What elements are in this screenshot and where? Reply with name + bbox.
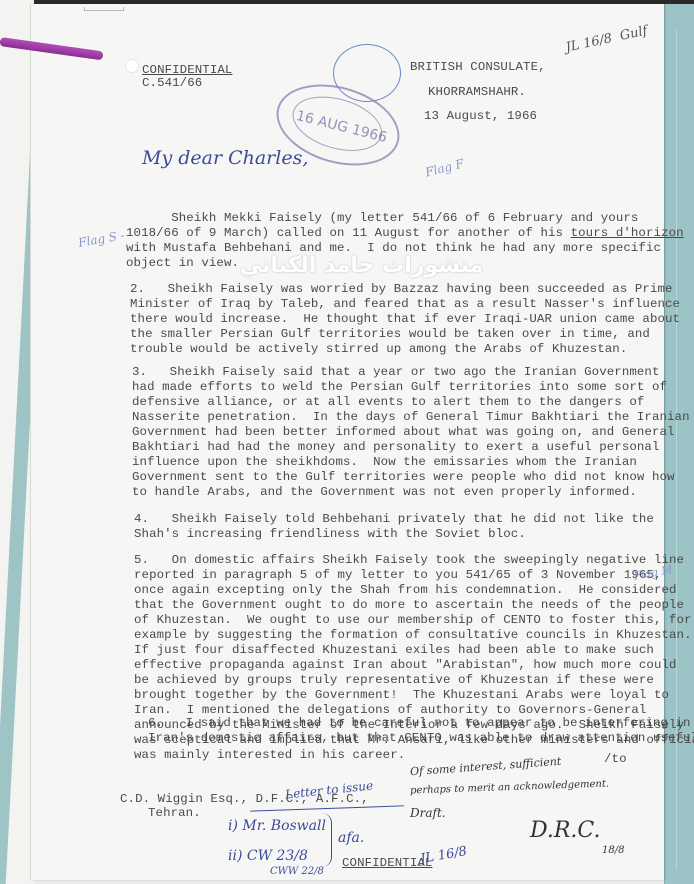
paragraph-2-line-2: Minister of Iraq by Taleb, and feared th… xyxy=(130,297,680,312)
paragraph-5-line-2: reported in paragraph 5 of my letter to … xyxy=(134,568,662,583)
paragraph-5-line-6: example by suggesting the formation of c… xyxy=(134,628,692,643)
paragraph-3-line-6: Bakhtiari had had the money and personal… xyxy=(132,440,660,455)
paragraph-3-line-5: Government had been better informed abou… xyxy=(132,425,675,440)
paragraph-3-line-9: to handle Arabs, and the Government was … xyxy=(132,485,637,500)
paragraph-4-line-2: Shah's increasing friendliness with the … xyxy=(134,527,526,542)
salutation: My dear Charles, xyxy=(142,147,308,169)
bracket-mark xyxy=(321,813,332,867)
paragraph-5-line-7: If just four disaffected Khuzestani exil… xyxy=(134,643,654,658)
paragraph-2-line-3: there would increase. He thought that if… xyxy=(130,312,680,327)
paragraph-6-line-2: Iran's domestic affairs, but that CENTO … xyxy=(148,731,694,746)
paragraph-3-line-7: influence upon the sheikhdoms. Now the e… xyxy=(132,455,637,470)
page-edge xyxy=(30,4,31,880)
letter-date: 13 August, 1966 xyxy=(424,109,537,124)
paragraph-1-line-4: object in view. xyxy=(126,256,239,271)
paragraph-5-line-9: be achieved by groups truly representati… xyxy=(134,673,654,688)
paragraph-1-line-2: 1018/66 of 9 March) called on 11 August … xyxy=(126,226,684,241)
paragraph-5-line-5: of Khuzestan. We ought to use our member… xyxy=(134,613,692,628)
paragraph-5-line-10: brought together by the Government! The … xyxy=(134,688,669,703)
continuation-marker: /to xyxy=(604,752,627,767)
action-initials: CWW 22/8 xyxy=(270,866,324,877)
paragraph-3-line-3: defensive alliance, or at all events to … xyxy=(132,395,644,410)
sender-consulate: BRITISH CONSULATE, xyxy=(410,60,546,75)
action-suffix: afa. xyxy=(338,830,364,846)
folder-cover xyxy=(664,4,694,884)
minute-date: 18/8 xyxy=(602,845,624,856)
paragraph-5-line-14: was mainly interested in his career. xyxy=(134,748,405,763)
minute-draft: Draft. xyxy=(410,806,446,820)
paragraph-2-line-5: trouble would be actively stirred up amo… xyxy=(130,342,627,357)
classification-bottom: CONFIDENTIAL xyxy=(342,856,432,871)
action-item-2: ii) CW 23/8 xyxy=(228,848,308,864)
paragraph-5-line-1: 5. On domestic affairs Sheikh Faisely to… xyxy=(134,553,684,568)
minute-signature: D.R.C. xyxy=(530,818,600,843)
watermark: منشورات حامد الكناني xyxy=(240,253,483,278)
reference-number: C.541/66 xyxy=(142,76,202,91)
addressee-city: Tehran. xyxy=(148,806,201,821)
paragraph-2-line-1: 2. Sheikh Faisely was worried by Bazzaz … xyxy=(130,282,673,297)
top-right-initials: JL 16/8 Gulf xyxy=(564,24,648,56)
document-page: CONFIDENTIAL C.541/66 16 AUG 1966 BRITIS… xyxy=(30,4,664,880)
paragraph-3-line-2: had made efforts to weld the Persian Gul… xyxy=(132,380,667,395)
paragraph-3-line-1: 3. Sheikh Faisely said that a year or tw… xyxy=(132,365,660,380)
paragraph-3-line-8: Government sent to the Gulf territories … xyxy=(132,470,675,485)
paragraph-5-line-3: once again excepting only the Shah from … xyxy=(134,583,677,598)
paragraph-5-line-4: that the Government ought to do more to … xyxy=(134,598,684,613)
action-item-1: i) Mr. Boswall xyxy=(228,818,326,834)
margin-flag-f: Flag F xyxy=(424,156,465,179)
punch-hole xyxy=(125,59,139,73)
paragraph-1-line-1: Sheikh Mekki Faisely (my letter 541/66 o… xyxy=(126,211,638,226)
staple xyxy=(84,7,124,11)
margin-flag-s: Flag S - xyxy=(77,228,126,250)
paragraph-4-line-1: 4. Sheikh Faisely told Behbehani private… xyxy=(134,512,654,527)
paragraph-3-line-4: Nasserite penetration. In the days of Ge… xyxy=(132,410,690,425)
paragraph-5-line-8: effective propaganda against Iran about … xyxy=(134,658,677,673)
sender-city: KHORRAMSHAHR. xyxy=(428,85,526,100)
paragraph-2-line-4: the smaller Persian Gulf territories wou… xyxy=(130,327,650,342)
paragraph-6-line-1: 6. I said that we had to be careful not … xyxy=(148,716,691,731)
